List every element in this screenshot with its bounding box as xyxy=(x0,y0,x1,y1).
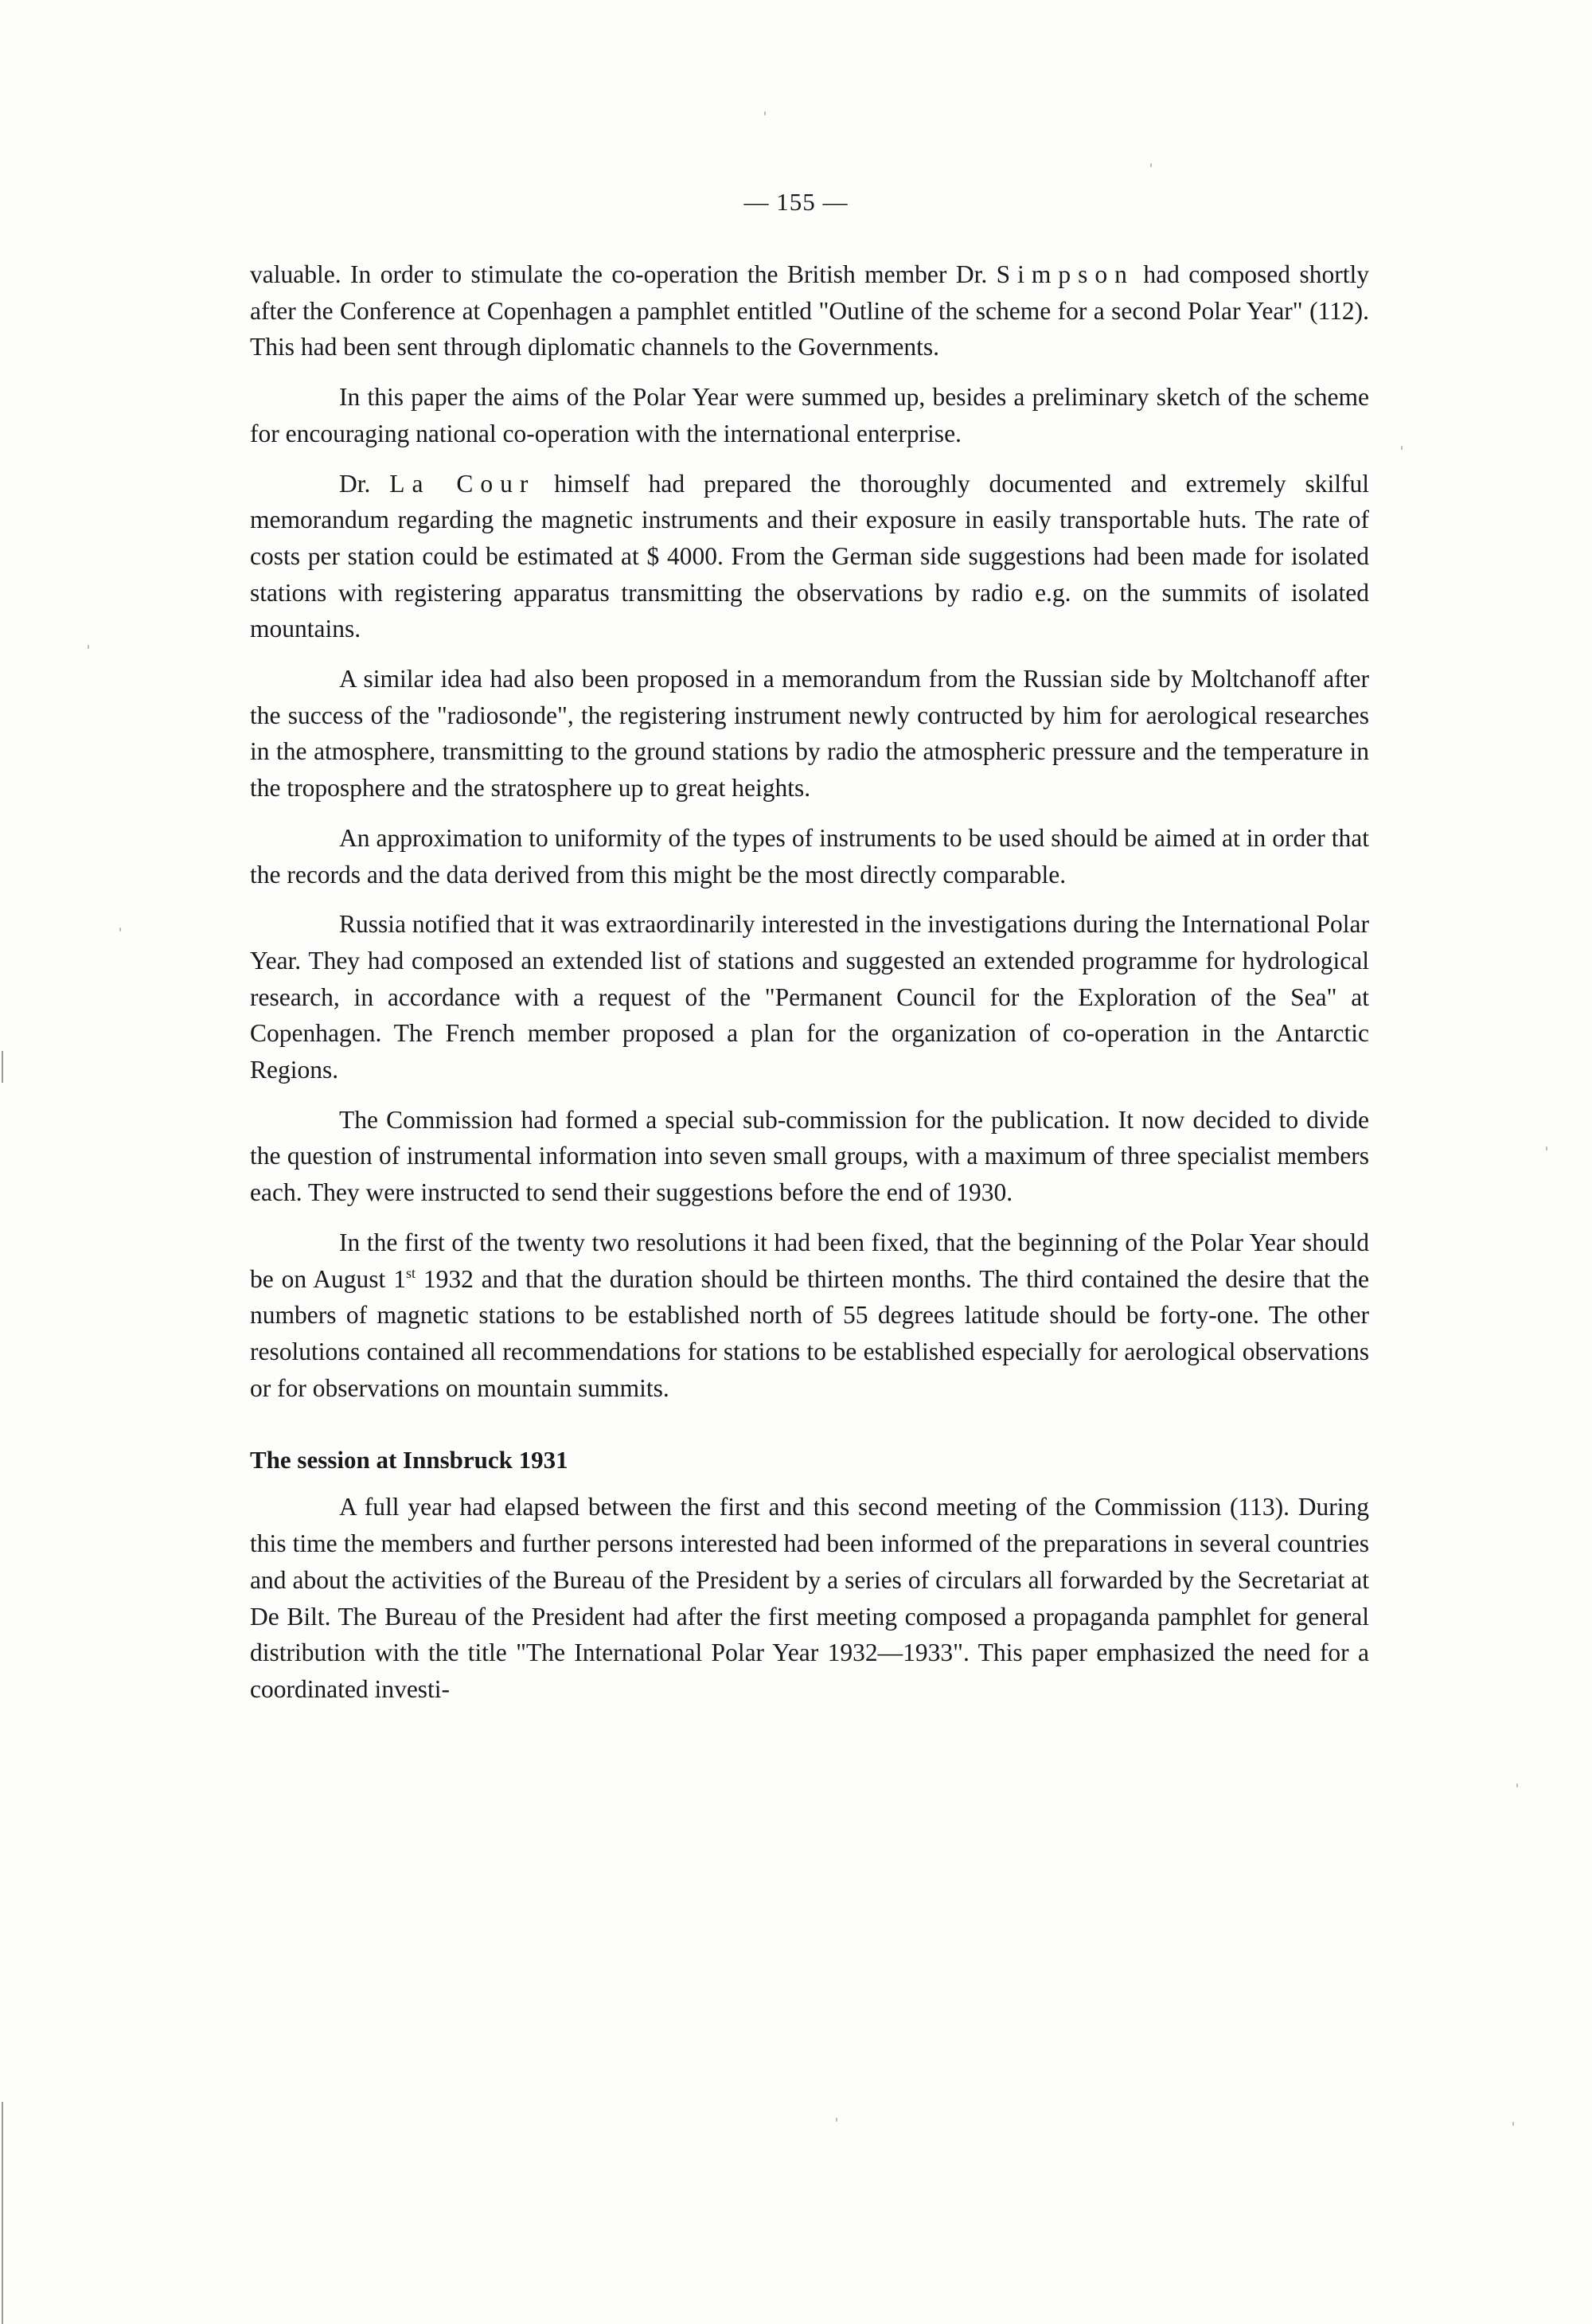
scan-speck xyxy=(1516,1783,1518,1787)
text-segment: 1932 and that the duration should be thi… xyxy=(250,1265,1369,1402)
paragraph-la-cour: Dr. La Cour himself had prepared the tho… xyxy=(250,466,1369,648)
text-segment: valuable. In order to stimulate the co-o… xyxy=(250,260,997,288)
scan-speck xyxy=(1546,1146,1547,1150)
paragraph-radiosonde: A similar idea had also been proposed in… xyxy=(250,661,1369,807)
text-segment: In this paper the aims of the Polar Year… xyxy=(250,383,1369,447)
scan-speck xyxy=(1512,2122,1514,2126)
paragraph-simpson-pamphlet: valuable. In order to stimulate the co-o… xyxy=(250,256,1369,365)
scan-speck xyxy=(88,645,89,649)
scan-speck xyxy=(1401,446,1403,450)
paragraph-sub-commission: The Commission had formed a special sub-… xyxy=(250,1102,1369,1211)
spaced-name-la-cour: La Cour xyxy=(389,470,535,498)
scan-speck xyxy=(119,928,121,932)
paragraph-aims: In this paper the aims of the Polar Year… xyxy=(250,379,1369,451)
text-segment: Russia notified that it was extraordinar… xyxy=(250,910,1369,1084)
text-segment: A similar idea had also been proposed in… xyxy=(250,665,1369,802)
text-segment: The Commission had formed a special sub-… xyxy=(250,1106,1369,1206)
paragraph-uniformity: An approximation to uniformity of the ty… xyxy=(250,820,1369,892)
paragraph-resolutions: In the first of the twenty two resolutio… xyxy=(250,1224,1369,1407)
text-segment: A full year had elapsed between the firs… xyxy=(250,1493,1369,1703)
scan-edge-mark xyxy=(2,2102,3,2324)
paragraph-russia: Russia notified that it was extraordinar… xyxy=(250,906,1369,1088)
body-text: valuable. In order to stimulate the co-o… xyxy=(250,256,1369,1721)
scan-speck xyxy=(836,2118,837,2122)
text-segment: Dr. xyxy=(339,470,389,498)
document-page: — 155 — valuable. In order to stimulate … xyxy=(0,0,1592,2324)
superscript-ordinal: st xyxy=(406,1265,416,1281)
paragraph-innsbruck: A full year had elapsed between the firs… xyxy=(250,1489,1369,1707)
scan-speck xyxy=(764,111,766,115)
section-heading: The session at Innsbruck 1931 xyxy=(250,1442,1369,1478)
page-number: — 155 — xyxy=(0,188,1592,217)
scan-speck xyxy=(1150,163,1152,167)
text-segment: An approximation to uniformity of the ty… xyxy=(250,824,1369,889)
scan-edge-mark xyxy=(2,1051,3,1083)
spaced-name-simpson: Simpson xyxy=(997,260,1134,288)
